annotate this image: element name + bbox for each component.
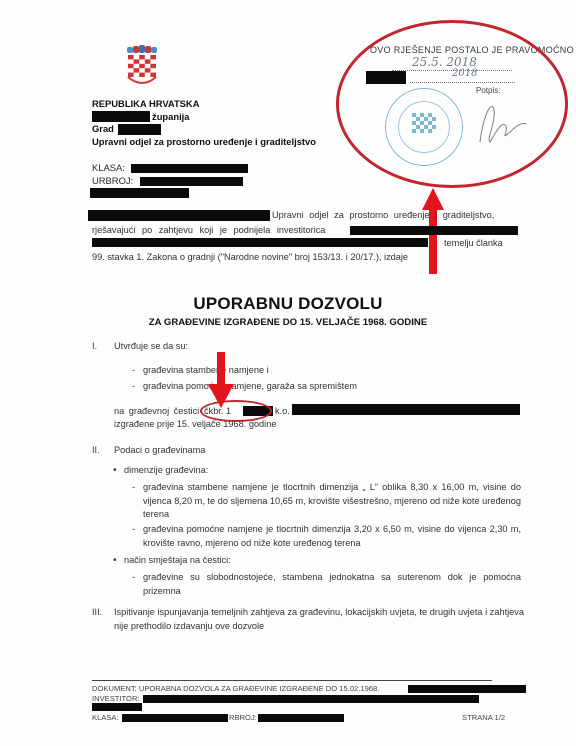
redacted-footer-investor	[143, 695, 479, 703]
redacted-footer-investor-2	[92, 703, 142, 711]
section-1-numeral: I.	[92, 340, 97, 354]
page-number: STRANA 1/2	[462, 713, 505, 722]
document-title: UPORABNU DOZVOLU	[0, 294, 576, 314]
redacted-investor	[350, 226, 518, 235]
arrow-down-icon	[208, 352, 234, 408]
section-1-item: građevina pomoćne namjene, garaža sa spr…	[143, 380, 357, 394]
section-1-heading: Utvrđuje se da su:	[114, 340, 188, 354]
intro-line-1: Upravni odjel za prostorno uređenje i gr…	[272, 209, 494, 223]
city-label: Grad	[92, 123, 114, 134]
dimension-item: građevina pomoćne namjene je tlocrtnih d…	[143, 523, 521, 550]
section-3-text: Ispitivanje ispunjavanja temeljnih zahtj…	[114, 606, 524, 633]
redacted-county	[92, 111, 150, 122]
intro-line-4: 99. stavka 1. Zakona o gradnji ("Narodne…	[92, 251, 408, 265]
urbroj-label: URBROJ:	[92, 175, 133, 186]
redacted-klasa	[131, 164, 248, 173]
bullet-label: način smještaja na čestici:	[124, 554, 231, 568]
intro-line-3: temelju članka	[444, 237, 503, 251]
section-1-item: građevina stambene namjene i	[143, 364, 269, 378]
department-name: Upravni odjel za prostorno uređenje i gr…	[92, 136, 316, 147]
section-2-heading: Podaci o građevinama	[114, 444, 205, 458]
document-subtitle: ZA GRAĐEVINE IZGRAĐENE DO 15. VELJAČE 19…	[0, 317, 576, 328]
bullet-label: dimenzije građevina:	[124, 464, 208, 478]
intro-line-2: rješavajući po zahtjevu koji je podnijel…	[92, 224, 325, 238]
highlight-oval-stamp	[336, 20, 568, 188]
placement-item: građevine su slobodnostojeće, stambena j…	[143, 571, 521, 598]
parcel-ko: k.o.	[275, 405, 290, 419]
redacted-investor-address	[92, 238, 428, 247]
klasa-label: KLASA:	[92, 162, 125, 173]
footer-divider	[92, 680, 492, 681]
redacted-footer-document	[408, 685, 526, 693]
section-3-numeral: III.	[92, 606, 102, 620]
redacted-city-name	[88, 210, 270, 221]
redacted-urbroj	[140, 177, 243, 186]
country-name: REPUBLIKA HRVATSKA	[92, 98, 199, 109]
redacted-footer-urbroj	[258, 714, 344, 722]
redacted-city	[118, 124, 161, 135]
section-2-numeral: II.	[92, 444, 100, 458]
croatian-coat-of-arms-icon	[125, 45, 159, 89]
parcel-prefix: na građevnoj čestici	[114, 405, 199, 419]
redacted-date	[90, 188, 189, 198]
footer-document: DOKUMENT: UPORABNA DOZVOLA ZA GRAĐEVINE …	[92, 684, 379, 693]
footer-investor-label: INVESTITOR:	[92, 694, 140, 703]
footer-urbroj-label: RBROJ:	[229, 713, 257, 722]
county-label: županija	[152, 111, 190, 122]
document-page: REPUBLIKA HRVATSKA županija Grad Upravni…	[0, 0, 576, 746]
dimension-item: građevina stambene namjene je tlocrtnih …	[143, 481, 521, 522]
redacted-footer-klasa	[122, 714, 228, 722]
redacted-cadastral-municipality	[292, 404, 520, 415]
footer-klasa-label: KLASA:	[92, 713, 119, 722]
